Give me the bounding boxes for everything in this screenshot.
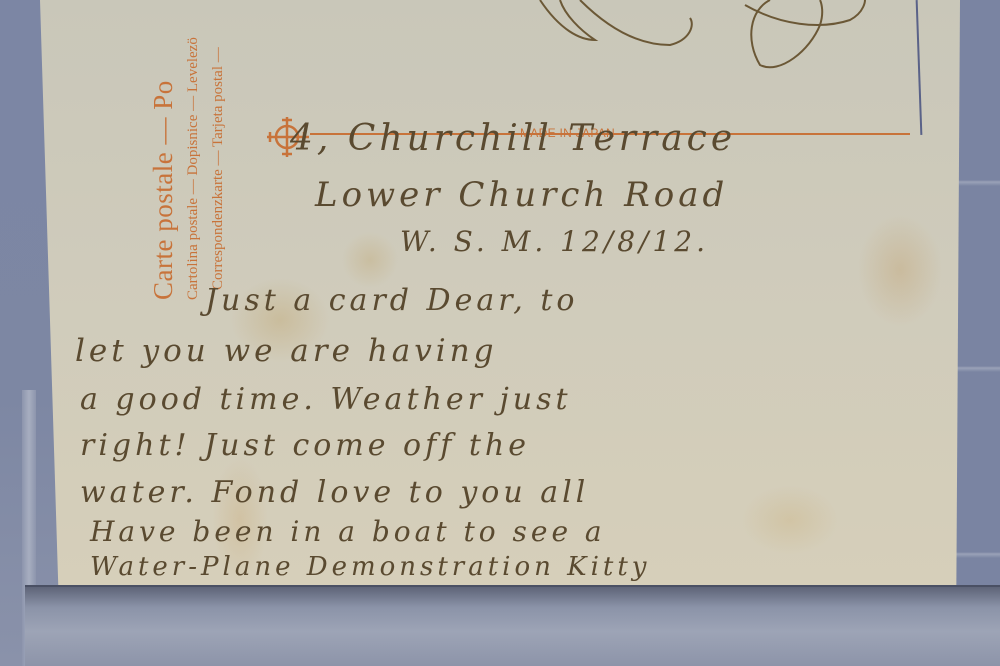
handwritten-line: Just a card Dear, to [205,283,578,318]
printed-heading: Carte postale — Po [148,80,179,300]
stamp-box-edge [916,0,923,135]
handwritten-flourish [520,0,880,80]
handwritten-line: a good time. Weather just [80,382,572,417]
handwritten-line: right! Just come off the [80,428,530,463]
plastic-sleeve [25,585,1000,666]
handwritten-line: water. Fond love to you all [80,475,589,510]
handwritten-line: 4, Churchill Terrace [290,118,736,159]
printed-subline: Cartolina postale — Dopisnice — Levelezö [185,37,202,300]
handwritten-line: Lower Church Road [315,175,728,215]
handwritten-line: Have been in a boat to see a [90,515,606,548]
handwritten-line: Water-Plane Demonstration Kitty [90,552,650,582]
handwritten-line: W. S. M. 12/8/12. [400,225,709,258]
handwritten-line: let you we are having [75,333,498,369]
background-panel [955,0,1000,666]
printed-subline: Correspondenzkarte — Tarjeta postal — [210,47,227,290]
postcard: Carte postale — Po Cartolina postale — D… [40,0,960,590]
